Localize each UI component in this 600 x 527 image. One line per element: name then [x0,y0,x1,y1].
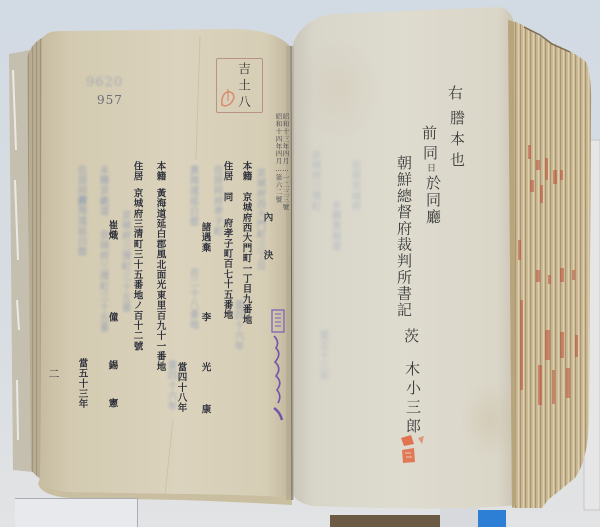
section-mark: 決 [262,250,272,260]
occupation: 諸遇棄 [200,222,210,253]
name-char: 憲 [107,398,117,408]
show-through-text: 京城府三清町三十五番 [120,210,130,313]
show-through-text: 當五十三年 [318,330,328,382]
handwritten-text: 茨 [403,328,418,343]
honseki-value: 京城府西大門町一丁目九番地 [241,192,251,325]
header-line: 昭和十三年四月…一二三三號 [282,113,289,211]
show-through-text: 百二十八番地 [188,268,198,330]
red-seal-icon [398,432,428,466]
show-through-text: 住居京城府 [350,160,360,212]
show-through-text: 當四十六年 [166,360,176,412]
show-through-text: 本籍京畿道 [98,165,108,217]
honseki-value: 黃海道延白郡風北面光東里百九十一番地 [155,188,165,372]
age: 當四十八年 [176,362,186,413]
catalog-label-partial-text: … [23,521,36,527]
catalog-label-card: … [15,498,138,527]
handwritten-text: 前 [421,125,436,140]
name-char: 僮 [107,312,117,322]
show-through-text: 黃海道延白郡 [76,195,86,257]
show-through-text: 京城府三清町 [310,150,320,212]
show-through-text: 住居同府孝子町 [212,165,222,237]
handwritten-text: 小三郎 [405,380,420,437]
section-mark: 內 [262,212,272,222]
name-char: 李 [200,312,210,322]
handwritten-text: 右 [447,85,462,100]
faint-catalog-number: 9620 [86,75,123,90]
name-char: 錫 [107,360,117,370]
jukyo-value: 京城府三清町三十五番地ノ百十二號 [132,188,142,351]
catalog-number: 957 [97,93,123,107]
show-through-text: 本籍黃海道 [330,200,340,252]
handwritten-text: 於同廳 [425,175,440,226]
show-through-text: 黃海道延白郡 [188,165,198,227]
header-line: 昭和十四年四月…第六二號 [275,113,282,203]
jukyo-value: 同 [222,192,232,202]
handwritten-text: 謄本也 [449,110,464,173]
handwritten-text: 日 [425,163,434,172]
handwritten-text: 朝鮮總督府裁判所書記 [396,155,411,318]
jukyo-label: 住居 [132,161,142,181]
age: 當五十三年 [77,358,87,409]
handwritten-text: 同 [422,145,437,160]
honseki-label: 本籍 [241,161,251,181]
jukyo-label: 住居 [222,161,232,181]
jukyo-value: 府孝子町百七十五番地 [222,218,232,320]
occupation: 崔熾 [107,220,117,240]
red-stamp-mark-icon [219,87,237,109]
stamp-handwritten-chars: 吉土八 [237,62,250,112]
honseki-label: 本籍 [155,161,165,181]
handwritten-text: 木 [404,361,419,376]
name-char: 光 [200,362,210,372]
book-photo: … 9620 957 吉土八 京城府西大門町三丁目 當四十六年 住居同府孝子町 … [0,0,600,527]
name-char: 康 [200,404,210,414]
page-number: 二 [48,368,59,380]
purple-stamp-icon [270,308,288,423]
